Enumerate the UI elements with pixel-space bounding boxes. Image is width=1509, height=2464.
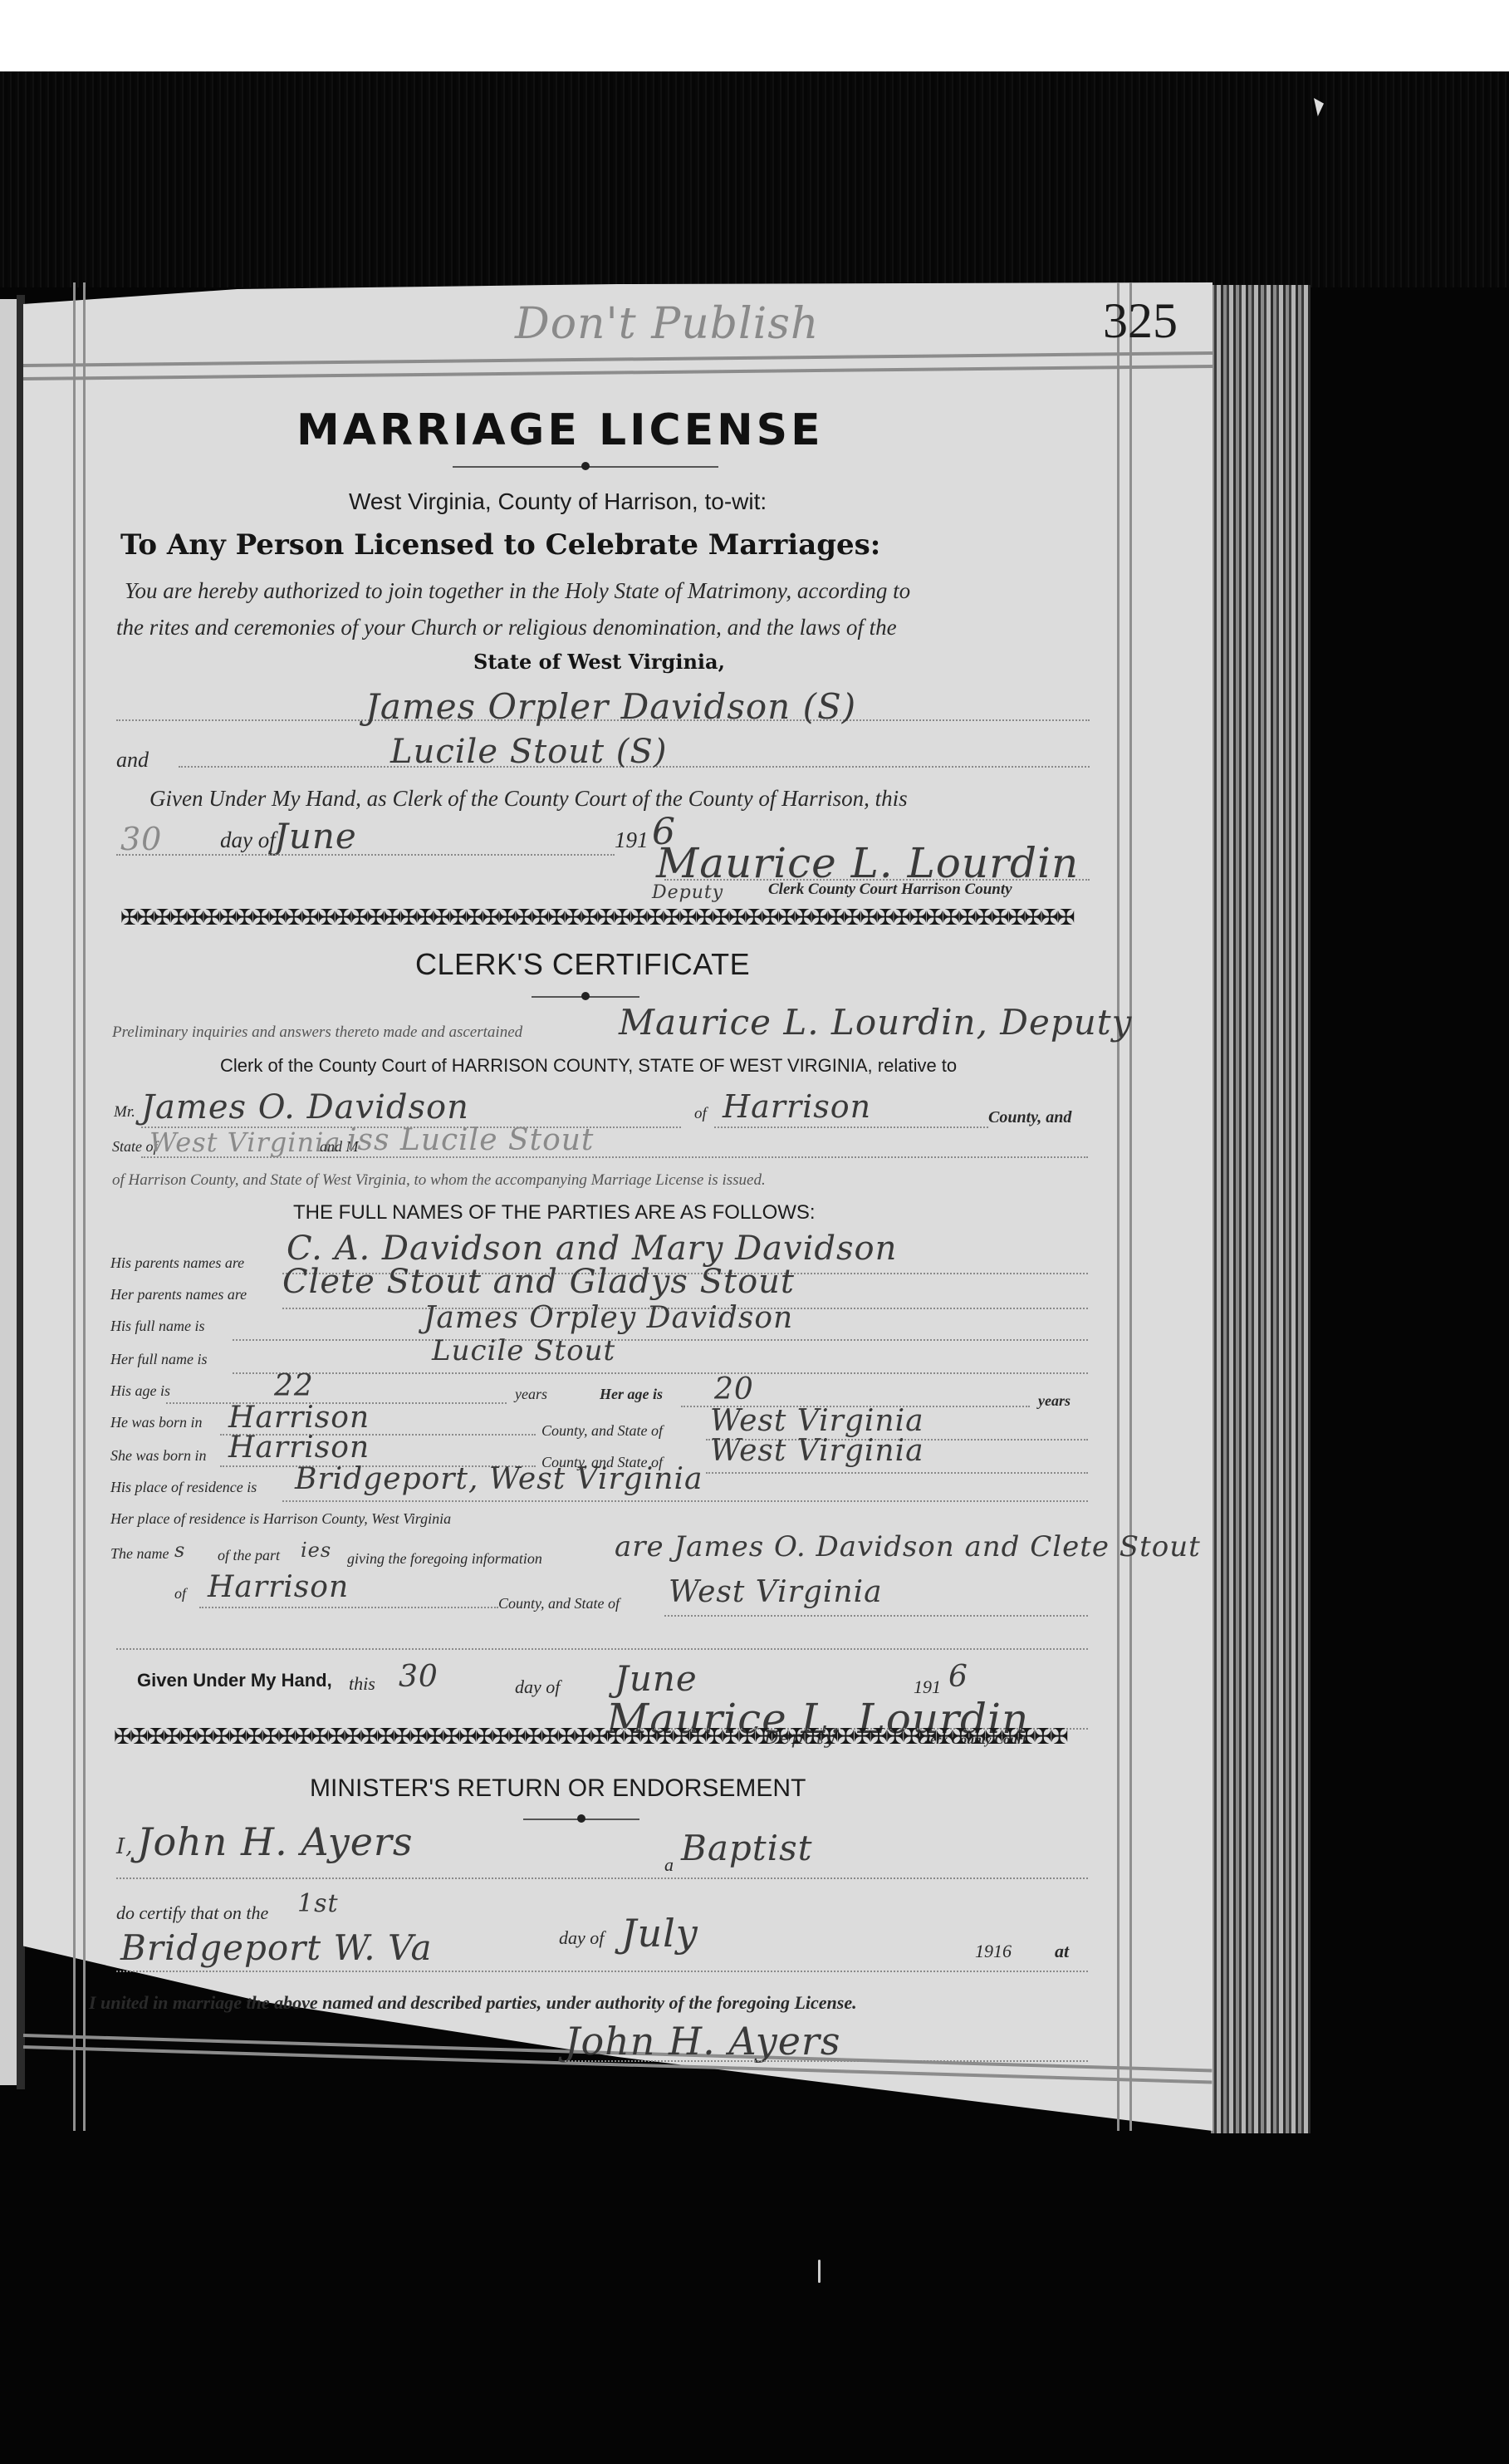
informant-state-line [664,1615,1088,1617]
miss-name[interactable]: iss Lucile Stout [347,1123,594,1157]
license-month[interactable]: June [274,816,357,857]
she-born-label: She was born in [110,1447,207,1465]
of-label: of [694,1105,707,1123]
marriage-place[interactable]: Bridgeport W. Va [120,1927,433,1968]
blank-line [116,1648,1088,1650]
informant-county[interactable]: Harrison [208,1570,349,1604]
bride-name[interactable]: Lucile Stout (S) [390,733,667,771]
informant-label-b: of the part [218,1547,280,1564]
cert-this-label: this [349,1673,375,1695]
her-full-name[interactable]: Lucile Stout [432,1334,615,1367]
given-under-clerk: Given Under My Hand, as Clerk of the Cou… [149,786,908,812]
informant-state[interactable]: West Virginia [669,1575,883,1609]
his-residence-line [282,1500,1088,1502]
mr-county[interactable]: Harrison [723,1088,871,1125]
authorization-text-2: the rites and ceremonies of your Church … [116,615,897,641]
informant-label-a-fill[interactable]: s [174,1539,185,1562]
mr-county-line [714,1126,988,1128]
dont-publish-annotation: Don't Publish [515,299,819,349]
informant-label-c: giving the foregoing information [347,1550,542,1568]
county-and-label: County, and [988,1108,1071,1127]
her-parents-label: Her parents names are [110,1286,247,1303]
page-number: 325 [1103,292,1178,350]
her-parents[interactable]: Clete Stout and Gladys Stout [282,1263,795,1301]
top-margin [0,0,1509,71]
he-born-county[interactable]: Harrison [228,1401,370,1435]
ornamental-border: ✠✠✠✠✠✠✠✠✠✠✠✠✠✠✠✠✠✠✠✠✠✠✠✠✠✠✠✠✠✠✠✠✠✠✠✠✠✠✠✠… [120,906,1075,930]
his-full-name[interactable]: James Orpley Davidson [424,1301,793,1335]
authorization-text-3: State of West Virginia, [473,650,725,674]
united-in-marriage-line: I united in marriage the above named and… [89,1992,857,2014]
license-day-of-label: day of [220,827,276,853]
mr-label: Mr. [114,1103,135,1122]
certify-label: do certify that on the [116,1902,268,1924]
minister-divider-ornament [577,1814,585,1823]
minister-a-label: a [664,1854,674,1876]
marriage-year: 1916 [975,1941,1012,1962]
informant-label-b-fill[interactable]: ies [301,1539,331,1562]
left-margin-rule [83,282,86,2131]
marriage-day[interactable]: 1st [297,1889,339,1918]
she-born-county[interactable]: Harrison [228,1431,370,1465]
her-full-name-label: Her full name is [110,1351,208,1368]
informant-of-label: of [174,1585,186,1603]
informant-county-state-label: County, and State of [498,1595,620,1612]
miss-name-line [141,1156,1088,1158]
cert-month[interactable]: June [615,1658,698,1699]
her-residence-label: Her place of residence is Harrison Count… [110,1510,451,1528]
minister-line [116,1877,1088,1879]
informant-label-a: The name [110,1545,169,1563]
marriage-month[interactable]: July [621,1911,698,1956]
bride-origin-line: of Harrison County, and State of West Vi… [112,1171,766,1190]
groom-name[interactable]: James Orpler Davidson (S) [365,686,856,727]
license-year-prefix: 191 [615,827,649,853]
he-born-label: He was born in [110,1414,203,1431]
license-salutation: To Any Person Licensed to Celebrate Marr… [120,528,880,562]
he-born-state[interactable]: West Virginia [710,1404,924,1438]
she-born-state-line [706,1472,1088,1474]
certificate-divider-ornament [581,992,590,1000]
scan-artifact [818,2260,821,2283]
his-age-label: His age is [110,1382,170,1400]
clerk-of-line: Clerk of the County Court of HARRISON CO… [220,1055,957,1077]
cert-day-of-label: day of [515,1676,560,1698]
license-date-line [116,854,615,856]
informant-county-line [199,1607,498,1608]
he-county-state-label: County, and State of [541,1422,663,1440]
his-residence[interactable]: Bridgeport, West Virginia [295,1462,703,1496]
mr-name[interactable]: James O. Davidson [141,1088,469,1126]
preliminary-label: Preliminary inquiries and answers theret… [112,1023,522,1042]
right-margin-rule [1129,282,1132,2131]
cert-given-under: Given Under My Hand, [137,1670,332,1691]
clerk-certificate-title: CLERK'S CERTIFICATE [415,947,750,982]
her-years-label: years [1038,1392,1071,1410]
she-born-state[interactable]: West Virginia [710,1434,924,1468]
marriage-place-line [116,1971,1088,1972]
right-margin-rule [1117,282,1120,2131]
minister-signature-line [565,2060,1088,2062]
left-margin-rule [73,282,76,2131]
cert-year-suffix[interactable]: 6 [948,1660,968,1694]
his-parents-label: His parents names are [110,1254,244,1272]
her-age[interactable]: 20 [714,1372,754,1406]
his-age[interactable]: 22 [274,1369,314,1403]
minister-denomination[interactable]: Baptist [681,1828,813,1868]
his-full-name-label: His full name is [110,1318,205,1335]
cert-day[interactable]: 30 [399,1660,438,1694]
authorization-text-1: You are hereby authorized to join togeth… [125,578,910,604]
informant-names[interactable]: are James O. Davidson and Clete Stout [615,1530,1201,1563]
her-full-name-line [233,1372,1088,1374]
marriage-day-of-label: day of [559,1927,604,1949]
license-location: West Virginia, County of Harrison, to-wi… [349,488,767,515]
mr-state[interactable]: West Virginia [149,1126,341,1158]
minister-name[interactable]: John H. Ayers [137,1819,414,1864]
minister-prefix: I, [116,1834,134,1859]
minister-signature[interactable]: John H. Ayers [565,2019,841,2064]
marriage-at-label: at [1055,1941,1069,1962]
his-full-name-line [233,1339,1088,1341]
license-title: MARRIAGE LICENSE [296,405,824,455]
license-deputy-note: Deputy [652,882,723,903]
minister-return-title: MINISTER'S RETURN OR ENDORSEMENT [310,1774,806,1803]
page-stack-edge [1211,285,1311,2133]
book-cover-texture [0,71,1509,287]
and-label: and [116,748,149,773]
license-day[interactable]: 30 [120,821,162,857]
title-divider-ornament [581,462,590,470]
her-age-label: Her age is [600,1386,663,1403]
ornamental-border: ✠✠✠✠✠✠✠✠✠✠✠✠✠✠✠✠✠✠✠✠✠✠✠✠✠✠✠✠✠✠✠✠✠✠✠✠✠✠✠✠… [114,1725,1077,1750]
his-residence-label: His place of residence is [110,1479,257,1496]
full-names-heading: THE FULL NAMES OF THE PARTIES ARE AS FOL… [293,1201,816,1225]
his-years-label: years [515,1386,547,1403]
preliminary-by[interactable]: Maurice L. Lourdin, Deputy [619,1002,1132,1043]
license-clerk-title: Clerk County Court Harrison County [768,881,1012,899]
